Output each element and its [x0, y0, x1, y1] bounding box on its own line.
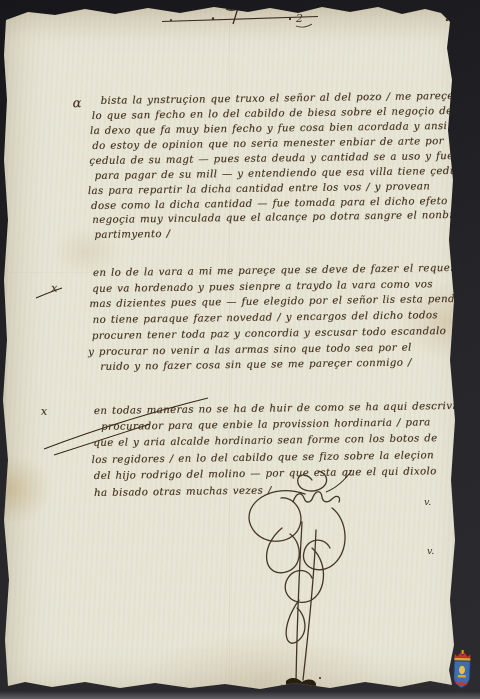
archive-emblem-coat-of-arms	[449, 650, 474, 691]
manuscript-line: en todas maneras no se ha de huir de com…	[94, 401, 476, 417]
manuscript-line: ha bisado otras muchas vezes /	[94, 485, 272, 498]
ink-blob-top	[321, 0, 331, 6]
manuscript-line: que el y aria alcalde hordinario sean fo…	[93, 433, 437, 449]
scan-background: 2	[0, 0, 480, 699]
manuscript-line: los regidores / en lo del cabildo que se…	[91, 450, 434, 466]
side-check-mark: v.	[427, 546, 434, 557]
side-check-mark: v.	[424, 497, 431, 508]
manuscript-line: del hijo rodrigo del molino — por que es…	[94, 466, 437, 482]
manuscript-page: 2	[0, 0, 480, 699]
paragraph-3: x en todas maneras no se ha de huir de c…	[0, 0, 480, 699]
paragraph-3-marginal-mark: x	[41, 405, 47, 418]
manuscript-line: procurador para que enbie la provission …	[101, 417, 431, 433]
scan-table-edge	[0, 691, 480, 699]
